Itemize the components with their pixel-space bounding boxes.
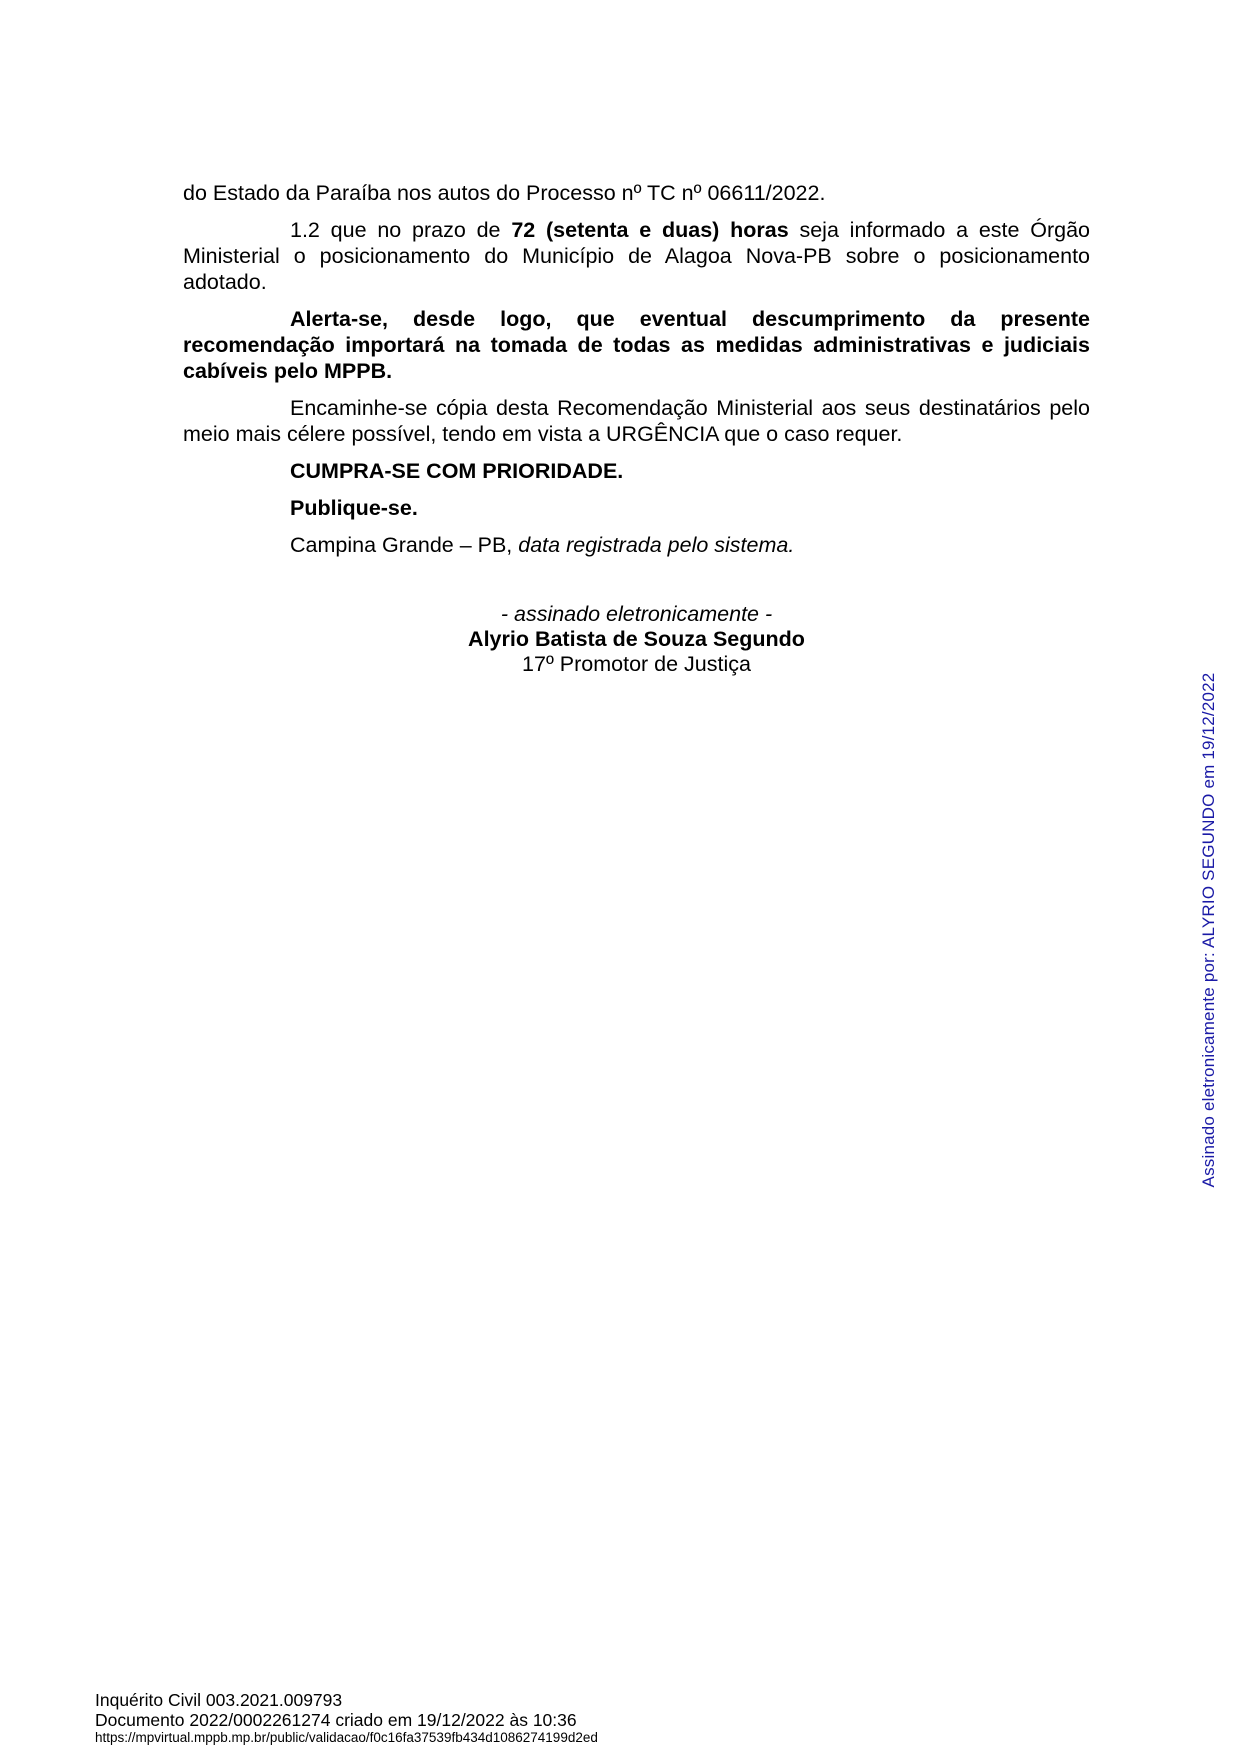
signature-block: - assinado eletronicamente - Alyrio Bati… (183, 602, 1090, 677)
footer-inquiry-id: Inquérito Civil 003.2021.009793 (95, 1690, 598, 1710)
paragraph-process-reference: do Estado da Paraíba nos autos do Proces… (183, 180, 1090, 206)
footer-document-info: Documento 2022/0002261274 criado em 19/1… (95, 1710, 598, 1730)
closing-priority: CUMPRA-SE COM PRIORIDADE. (183, 458, 1090, 484)
signature-note: - assinado eletronicamente - (183, 602, 1090, 627)
closing-place-date: Campina Grande – PB, data registrada pel… (183, 532, 1090, 558)
closing-publish: Publique-se. (183, 495, 1090, 521)
electronic-signature-stamp: Assinado eletronicamente por: ALYRIO SEG… (1199, 673, 1219, 1188)
paragraph-forwarding: Encaminhe-se cópia desta Recomendação Mi… (183, 395, 1090, 447)
signer-role: 17º Promotor de Justiça (183, 652, 1090, 677)
document-body: do Estado da Paraíba nos autos do Proces… (183, 180, 1090, 558)
deadline-hours: 72 (setenta e duas) horas (511, 218, 788, 242)
date-note: data registrada pelo sistema. (518, 533, 794, 557)
deadline-prefix: 1.2 que no prazo de (290, 218, 511, 242)
footer-validation-url[interactable]: https://mpvirtual.mppb.mp.br/public/vali… (95, 1730, 598, 1746)
document-footer: Inquérito Civil 003.2021.009793 Document… (95, 1690, 598, 1746)
signer-name: Alyrio Batista de Souza Segundo (183, 627, 1090, 652)
paragraph-warning: Alerta-se, desde logo, que eventual desc… (183, 306, 1090, 384)
place: Campina Grande – PB, (290, 533, 518, 557)
document-page: do Estado da Paraíba nos autos do Proces… (0, 0, 1240, 1755)
paragraph-deadline: 1.2 que no prazo de 72 (setenta e duas) … (183, 217, 1090, 295)
